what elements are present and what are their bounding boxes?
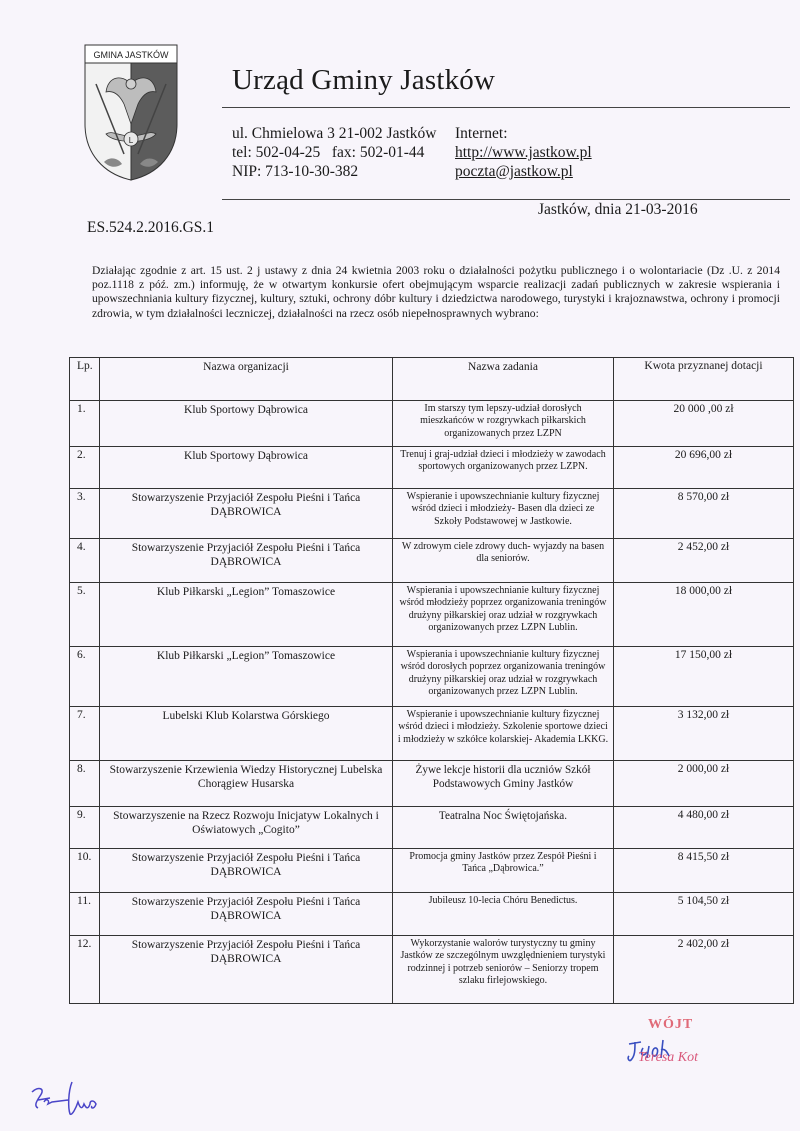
header-org: Nazwa organizacji [100,358,393,401]
grant-amount: 2 000,00 zł [614,761,794,807]
grant-amount: 2 402,00 zł [614,936,794,1004]
grant-amount: 8 570,00 zł [614,489,794,539]
internet-label: Internet: [455,124,592,143]
task-name: Żywe lekcje historii dla uczniów Szkół P… [393,761,614,807]
organization-name: Klub Piłkarski „Legion” Tomaszowice [100,583,393,647]
task-name: Wspieranie i upowszechnianie kultury fiz… [393,707,614,761]
organization-name: Stowarzyszenie Przyjaciół Zespołu Pieśni… [100,849,393,893]
svg-text:L: L [129,136,134,145]
initials-signature [28,1078,103,1120]
nip-line: NIP: 713-10-30-382 [232,162,437,181]
organization-name: Stowarzyszenie Przyjaciół Zespołu Pieśni… [100,893,393,936]
reference-number: ES.524.2.2016.GS.1 [87,219,214,237]
grant-amount: 4 480,00 zł [614,807,794,849]
table-row: 10.Stowarzyszenie Przyjaciół Zespołu Pie… [70,849,794,893]
organization-name: Klub Sportowy Dąbrowica [100,447,393,489]
task-name: Wspierania i upowszechnianie kultury fiz… [393,583,614,647]
address-block: ul. Chmielowa 3 21-002 Jastków tel: 502-… [232,124,437,181]
task-name: Wspierania i upowszechnianie kultury fiz… [393,647,614,707]
grant-amount: 8 415,50 zł [614,849,794,893]
svg-text:GMINA JASTKÓW: GMINA JASTKÓW [93,50,169,60]
table-header-row: Lp. Nazwa organizacji Nazwa zadania Kwot… [70,358,794,401]
task-name: Teatralna Noc Świętojańska. [393,807,614,849]
organization-name: Stowarzyszenie Krzewienia Wiedzy History… [100,761,393,807]
organization-name: Klub Piłkarski „Legion” Tomaszowice [100,647,393,707]
table-row: 8.Stowarzyszenie Krzewienia Wiedzy Histo… [70,761,794,807]
row-number: 7. [70,707,100,761]
organization-name: Stowarzyszenie Przyjaciół Zespołu Pieśni… [100,539,393,583]
website-link[interactable]: http://www.jastkow.pl [455,143,592,162]
task-name: Wspieranie i upowszechnianie kultury fiz… [393,489,614,539]
row-number: 3. [70,489,100,539]
phone-fax-line: tel: 502-04-25 fax: 502-01-44 [232,143,437,162]
organization-name: Stowarzyszenie na Rzecz Rozwoju Inicjaty… [100,807,393,849]
table-row: 11.Stowarzyszenie Przyjaciół Zespołu Pie… [70,893,794,936]
header-task: Nazwa zadania [393,358,614,401]
table-row: 6.Klub Piłkarski „Legion” TomaszowiceWsp… [70,647,794,707]
organization-name: Klub Sportowy Dąbrowica [100,401,393,447]
task-name: Trenuj i graj-udział dzieci i młodzieży … [393,447,614,489]
email-link[interactable]: poczta@jastkow.pl [455,162,592,181]
place-date: Jastków, dnia 21-03-2016 [538,201,698,219]
row-number: 11. [70,893,100,936]
header-lp: Lp. [70,358,100,401]
grant-amount: 3 132,00 zł [614,707,794,761]
coat-of-arms-logo: GMINA JASTKÓW L [84,44,178,182]
row-number: 10. [70,849,100,893]
row-number: 12. [70,936,100,1004]
task-name: Jubileusz 10-lecia Chóru Benedictus. [393,893,614,936]
address-line: ul. Chmielowa 3 21-002 Jastków [232,124,437,143]
row-number: 5. [70,583,100,647]
row-number: 4. [70,539,100,583]
row-number: 1. [70,401,100,447]
grants-table: Lp. Nazwa organizacji Nazwa zadania Kwot… [69,357,794,1004]
header-amount: Kwota przyznanej dotacji [614,358,794,401]
task-name: Promocja gminy Jastków przez Zespół Pieś… [393,849,614,893]
table-row: 9.Stowarzyszenie na Rzecz Rozwoju Inicja… [70,807,794,849]
office-title: Urząd Gminy Jastków [232,64,495,97]
row-number: 2. [70,447,100,489]
stamp-title: WÓJT [648,1017,693,1033]
table-row: 12.Stowarzyszenie Przyjaciół Zespołu Pie… [70,936,794,1004]
table-row: 4.Stowarzyszenie Przyjaciół Zespołu Pieś… [70,539,794,583]
table-row: 1.Klub Sportowy DąbrowicaIm starszy tym … [70,401,794,447]
organization-name: Stowarzyszenie Przyjaciół Zespołu Pieśni… [100,936,393,1004]
grant-amount: 17 150,00 zł [614,647,794,707]
table-row: 7.Lubelski Klub Kolarstwa GórskiegoWspie… [70,707,794,761]
organization-name: Stowarzyszenie Przyjaciół Zespołu Pieśni… [100,489,393,539]
row-number: 8. [70,761,100,807]
row-number: 9. [70,807,100,849]
stamp-name: Teresa Kot [638,1050,698,1066]
intro-paragraph: Działając zgodnie z art. 15 ust. 2 j ust… [92,264,780,321]
header-rule [222,107,790,108]
web-block: Internet: http://www.jastkow.pl poczta@j… [455,124,592,181]
task-name: W zdrowym ciele zdrowy duch- wyjazdy na … [393,539,614,583]
table-row: 3.Stowarzyszenie Przyjaciół Zespołu Pieś… [70,489,794,539]
task-name: Wykorzystanie walorów turystyczny tu gmi… [393,936,614,1004]
grant-amount: 20 696,00 zł [614,447,794,489]
task-name: Im starszy tym lepszy-udział dorosłych m… [393,401,614,447]
row-number: 6. [70,647,100,707]
grant-amount: 5 104,50 zł [614,893,794,936]
grant-amount: 2 452,00 zł [614,539,794,583]
table-row: 2.Klub Sportowy DąbrowicaTrenuj i graj-u… [70,447,794,489]
organization-name: Lubelski Klub Kolarstwa Górskiego [100,707,393,761]
table-row: 5.Klub Piłkarski „Legion” TomaszowiceWsp… [70,583,794,647]
header-rule-bottom [222,199,790,200]
grant-amount: 20 000 ,00 zł [614,401,794,447]
grant-amount: 18 000,00 zł [614,583,794,647]
